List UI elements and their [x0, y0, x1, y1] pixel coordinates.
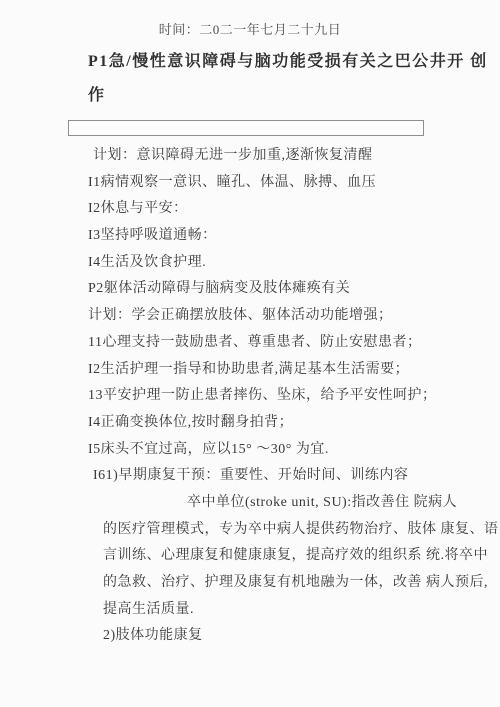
document-line: 的急救、治疗、护理及康复有机地融为一体，改善 病人预后,	[0, 570, 500, 597]
document-line: 11心理支持一鼓励患者、尊重患者、防止安慰患者；	[0, 330, 500, 357]
document-body: 计划：意识障碍无进一步加重,逐渐恢复清醒I1病情观察一意识、瞳孔、体温、脉搏、血…	[0, 143, 500, 650]
document-line: 卒中单位(stroke unit, SU):指改善住 院病人	[0, 490, 500, 517]
timestamp-box: 时间：二0二一年七月二十九日	[68, 120, 424, 136]
document-line: 计划：意识障碍无进一步加重,逐渐恢复清醒	[0, 143, 500, 170]
page-header-timestamp: 时间：二0二一年七月二十九日	[0, 19, 500, 38]
document-line: I61)早期康复干预：重要性、开始时间、训练内容	[0, 463, 500, 490]
document-line: 提高生活质量.	[0, 597, 500, 624]
document-title-line2: 作	[88, 79, 488, 113]
document-page: 时间：二0二一年七月二十九日 P1急/慢性意识障碍与脑功能受损有关之巴公井开 创…	[0, 0, 500, 707]
document-line: I3坚持呼吸道通畅：	[0, 223, 500, 250]
document-line: 言训练、心理康复和健康康复，提高疗效的组织系 统.将卒中	[0, 543, 500, 570]
document-title: P1急/慢性意识障碍与脑功能受损有关之巴公井开 创 作	[88, 45, 488, 113]
document-line: 2)肢体功能康复	[0, 623, 500, 650]
document-line: 13平安护理一防止患者摔伤、坠床，给予平安性呵护；	[0, 383, 500, 410]
document-title-line1: P1急/慢性意识障碍与脑功能受损有关之巴公井开 创	[88, 45, 488, 79]
document-line: I2生活护理一指导和协助患者,满足基本生活需要；	[0, 357, 500, 384]
document-line: I4生活及饮食护理.	[0, 250, 500, 277]
document-line: I4正确变换体位,按时翻身拍背；	[0, 410, 500, 437]
document-line: I2休息与平安：	[0, 196, 500, 223]
document-line: 的医疗管理模式，专为卒中病人提供药物治疗、肢体 康复、语	[0, 517, 500, 544]
document-line: I1病情观察一意识、瞳孔、体温、脉搏、血压	[0, 170, 500, 197]
document-line: P2躯体活动障碍与脑病变及肢体瘫痪有关	[0, 276, 500, 303]
document-line: 计划：学会正确摆放肢体、躯体活动功能增强；	[0, 303, 500, 330]
document-line: I5床头不宜过高，应以15° ～30° 为宜.	[0, 437, 500, 464]
